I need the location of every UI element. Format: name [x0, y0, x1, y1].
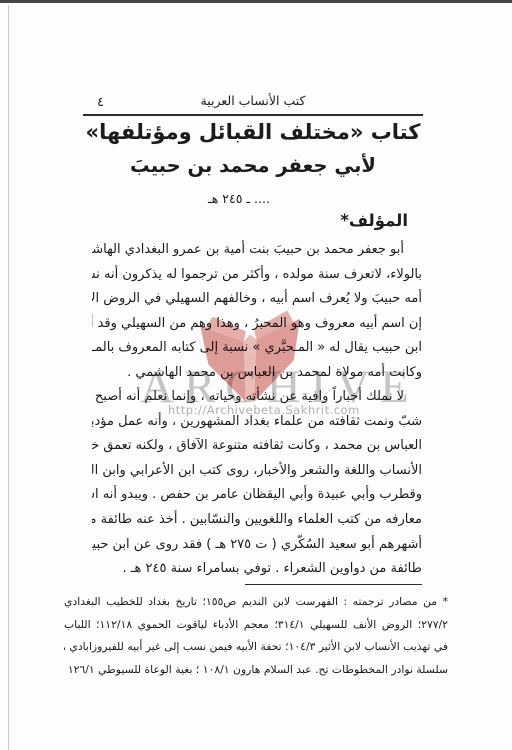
- text-line: وكانت أمه مولاة لمحمد بن العباس بن محمد …: [92, 361, 422, 386]
- text-line: لا نملك أخباراً وافية عن نشأته وحياته ، …: [92, 385, 422, 410]
- text-line: شبّ ونمت ثقافته من علماء بغداد المشهورين…: [92, 410, 422, 435]
- text-line: العباس بن محمد ، وكانت ثقافته متنوعة الآ…: [92, 434, 422, 459]
- text-line: معارفه من كتب العلماء واللغويين والنسّاب…: [92, 508, 422, 533]
- text-line: بالولاء، لاتعرف سنة مولده ، وأكثر من ترج…: [92, 263, 422, 288]
- section-heading-author: المؤلف*: [340, 211, 408, 230]
- footnote-line: سلسلة نوادر المخطوطات تح. عبد السلام هار…: [64, 659, 448, 682]
- text-line: الأنساب واللغة والشعر والأخبار، روى كتب …: [92, 459, 422, 484]
- book-title: كتاب «مختلف القبائل ومؤتلفها»: [83, 120, 423, 144]
- body-paragraph-1: أبو جعفر محمد بن حبيبَ بنت أمية بن عمرو …: [92, 238, 422, 386]
- text-line: ابن حبيب يقال له « المـحبَّري » نسبة إلى…: [92, 336, 422, 361]
- text-line: طائفة من دواوين الشعراء . توفي بسامراء س…: [92, 557, 422, 582]
- scan-top-edge: [0, 0, 512, 3]
- footnote-line: في تهذيب الأنساب لابن الأثير ١٠٤/٣؛ تحفة…: [64, 636, 448, 659]
- text-line: أشهرهم أبو سعيد السُكّري ( ت ٢٧٥ هـ ) فق…: [92, 533, 422, 558]
- scanned-book-page: كتب الأنساب العربية ٤ كتاب «مختلف القبائ…: [0, 0, 512, 750]
- body-paragraph-2: لا نملك أخباراً وافية عن نشأته وحياته ، …: [92, 385, 422, 582]
- running-header: كتب الأنساب العربية ٤: [83, 93, 423, 115]
- running-header-title: كتب الأنساب العربية: [83, 93, 423, 108]
- text-line: وقطرب وأبي عبيدة وأبي اليقظان عامر بن حف…: [92, 483, 422, 508]
- author-line: لأبي جعفر محمد بن حبيبَ: [83, 154, 423, 177]
- text-line: إن اسم أبيه معروف وهو المحبرُ ، وهذا وهم…: [92, 312, 422, 337]
- text-line: أبو جعفر محمد بن حبيبَ بنت أمية بن عمرو …: [92, 238, 422, 263]
- header-rule: [83, 114, 423, 116]
- scan-left-edge-line: [8, 5, 9, 750]
- text-line: أمه حبيبَ ولا يُعرف اسم أبيه ، وخالفهم ا…: [92, 287, 422, 312]
- footnote-line: ٢٧٧/٢؛ الروض الأنف للسهيلي ٣١٤/١؛ معجم ا…: [64, 614, 448, 637]
- footnote-line: * من مصادر ترجمته : الفهرست لابن النديم …: [64, 591, 448, 614]
- footnote-block: * من مصادر ترجمته : الفهرست لابن النديم …: [64, 591, 448, 681]
- date-line: .... ـ ٢٤٥ هـ: [69, 191, 409, 206]
- footnote-divider: [245, 584, 422, 585]
- page-number: ٤: [97, 95, 104, 110]
